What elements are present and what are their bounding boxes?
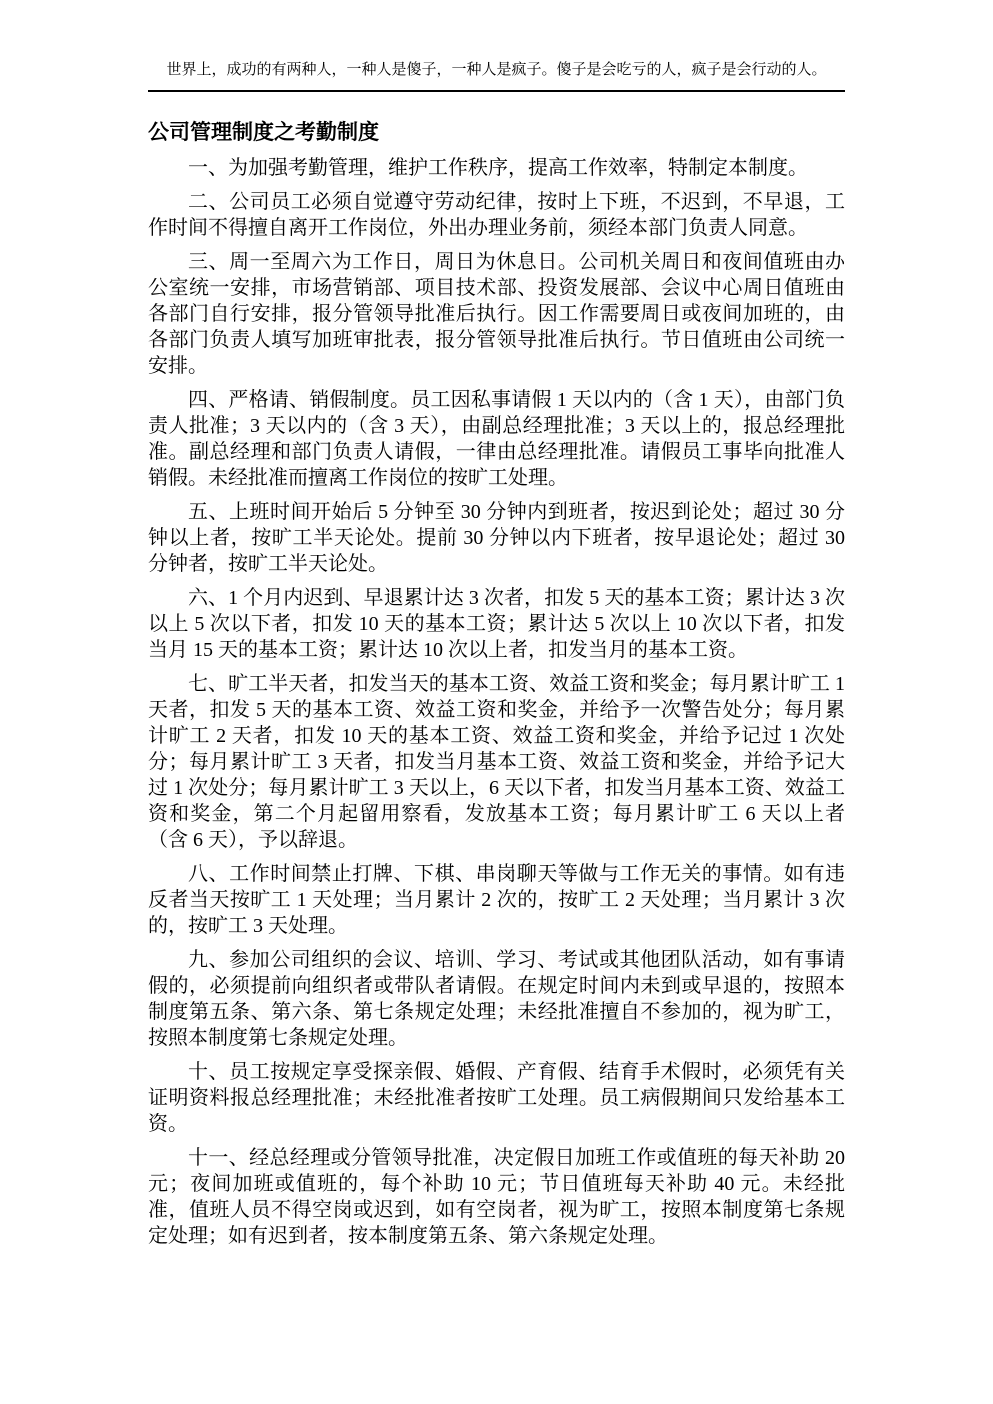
policy-paragraph-1: 一、为加强考勤管理，维护工作秩序，提高工作效率，特制定本制度。 [148,155,845,181]
policy-paragraph-6: 六、1 个月内迟到、早退累计达 3 次者，扣发 5 天的基本工资；累计达 3 次… [148,585,845,663]
header-quote: 世界上，成功的有两种人，一种人是傻子，一种人是疯子。傻子是会吃亏的人，疯子是会行… [166,62,826,78]
policy-paragraph-10: 十、员工按规定享受探亲假、婚假、产育假、结育手术假时，必须凭有关证明资料报总经理… [148,1059,845,1137]
policy-paragraph-5: 五、上班时间开始后 5 分钟至 30 分钟内到班者，按迟到论处；超过 30 分钟… [148,499,845,577]
policy-paragraph-11: 十一、经总经理或分管领导批准，决定假日加班工作或值班的每天补助 20 元；夜间加… [148,1145,845,1249]
policy-paragraph-8: 八、工作时间禁止打牌、下棋、串岗聊天等做与工作无关的事情。如有违反者当天按旷工 … [148,861,845,939]
policy-paragraph-3: 三、周一至周六为工作日，周日为休息日。公司机关周日和夜间值班由办公室统一安排，市… [148,249,845,379]
page-header-with-divider: 世界上，成功的有两种人，一种人是傻子，一种人是疯子。傻子是会吃亏的人，疯子是会行… [148,0,845,92]
policy-paragraph-2: 二、公司员工必须自觉遵守劳动纪律，按时上下班，不迟到，不早退，工作时间不得擅自离… [148,189,845,241]
document-page: 世界上，成功的有两种人，一种人是傻子，一种人是疯子。傻子是会吃亏的人，疯子是会行… [0,0,993,1404]
policy-paragraph-7: 七、旷工半天者，扣发当天的基本工资、效益工资和奖金；每月累计旷工 1 天者，扣发… [148,671,845,853]
policy-paragraph-9: 九、参加公司组织的会议、培训、学习、考试或其他团队活动，如有事请假的，必须提前向… [148,947,845,1051]
document-body: 一、为加强考勤管理，维护工作秩序，提高工作效率，特制定本制度。 二、公司员工必须… [148,155,845,1249]
document-title: 公司管理制度之考勤制度 [148,117,845,147]
policy-paragraph-4: 四、严格请、销假制度。员工因私事请假 1 天以内的（含 1 天），由部门负责人批… [148,387,845,491]
